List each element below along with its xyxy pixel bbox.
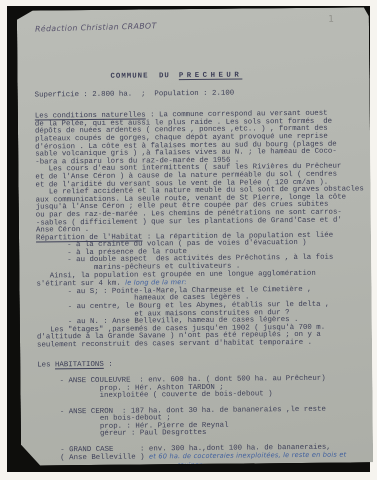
paragraph-text: - au S; : Pointe-la-Mare,la Charmeuse et…: [37, 286, 370, 350]
heading-suffix: :: [104, 360, 113, 368]
title-prefix: COMMUNE DU: [110, 72, 169, 81]
habitations-list: - ANSE COULEUVRE : env. 600 ha. ( dont 5…: [37, 376, 370, 455]
title-commune-name: PRECHEUR: [179, 72, 243, 81]
paragraph-text: de la Pelée, qui est aussi le plus raide…: [35, 118, 368, 235]
handwritten-margin-note: et 60 ha. de cocoteraies inexploitées, l…: [149, 451, 346, 461]
stats-line: Superficie : 2.800 ha. ; Population : 2.…: [35, 89, 367, 100]
section-heading-line: Les HABITATIONS :: [37, 359, 369, 370]
scanner-background: Rédaction Christian CRABOT 1 COMMUNE DUP…: [7, 6, 370, 472]
page-content: Rédaction Christian CRABOT 1 COMMUNE DUP…: [34, 7, 370, 470]
document-page: Rédaction Christian CRABOT 1 COMMUNE DUP…: [17, 7, 373, 465]
section-heading: HABITATIONS: [55, 360, 104, 368]
handwritten-inline-note: le long de la mer:: [125, 278, 187, 287]
section-conditions-naturelles: Les conditions naturelles : La commune c…: [35, 111, 368, 236]
typed-fragment: ( Anse Belleville ): [38, 454, 149, 463]
document-title: COMMUNE DUPRECHEUR: [34, 71, 366, 82]
page-number: 1: [328, 17, 334, 25]
section-habitations: Les HABITATIONS : - ANSE COULEUVRE : env…: [37, 359, 370, 471]
paragraph-text: - à la crainte du volcan ( pas de voies …: [36, 240, 368, 281]
section-repartition-habitat: Répartition de l'Habitat : La répartitio…: [36, 232, 369, 350]
handwritten-annotation: Rédaction Christian CRABOT: [35, 22, 157, 33]
heading-prefix: Les: [37, 361, 55, 369]
